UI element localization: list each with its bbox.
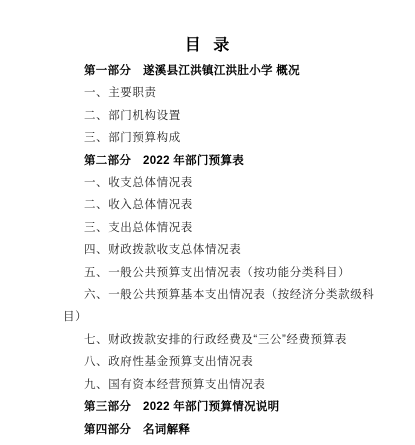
page-title: 目 录	[0, 36, 415, 56]
toc-section-heading: 第四部分 名词解释	[63, 419, 375, 441]
toc-entry: 四、财政拨款收支总体情况表	[63, 239, 375, 261]
toc-entry: 五、一般公共预算支出情况表（按功能分类科目）	[63, 262, 375, 284]
toc-entry: 九、国有资本经营预算支出情况表	[63, 374, 375, 396]
toc-entry: 三、部门预算构成	[63, 127, 375, 149]
table-of-contents: 第一部分 遂溪县江洪镇江洪肚小学 概况 一、主要职责 二、部门机构设置 三、部门…	[0, 60, 415, 441]
toc-entry: 一、主要职责	[63, 82, 375, 104]
toc-entry: 八、政府性基金预算支出情况表	[63, 351, 375, 373]
toc-entry: 二、收入总体情况表	[63, 194, 375, 216]
toc-entry: 六、一般公共预算基本支出情况表（按经济分类款级科目）	[63, 284, 375, 329]
toc-section-heading: 第二部分 2022 年部门预算表	[63, 150, 375, 172]
toc-entry: 三、支出总体情况表	[63, 217, 375, 239]
document-page: 目 录 第一部分 遂溪县江洪镇江洪肚小学 概况 一、主要职责 二、部门机构设置 …	[0, 0, 415, 445]
toc-section-heading: 第一部分 遂溪县江洪镇江洪肚小学 概况	[63, 60, 375, 82]
toc-entry: 二、部门机构设置	[63, 105, 375, 127]
toc-entry: 七、财政拨款安排的行政经费及“三公”经费预算表	[63, 329, 375, 351]
toc-entry: 一、收支总体情况表	[63, 172, 375, 194]
toc-section-heading: 第三部分 2022 年部门预算情况说明	[63, 396, 375, 418]
